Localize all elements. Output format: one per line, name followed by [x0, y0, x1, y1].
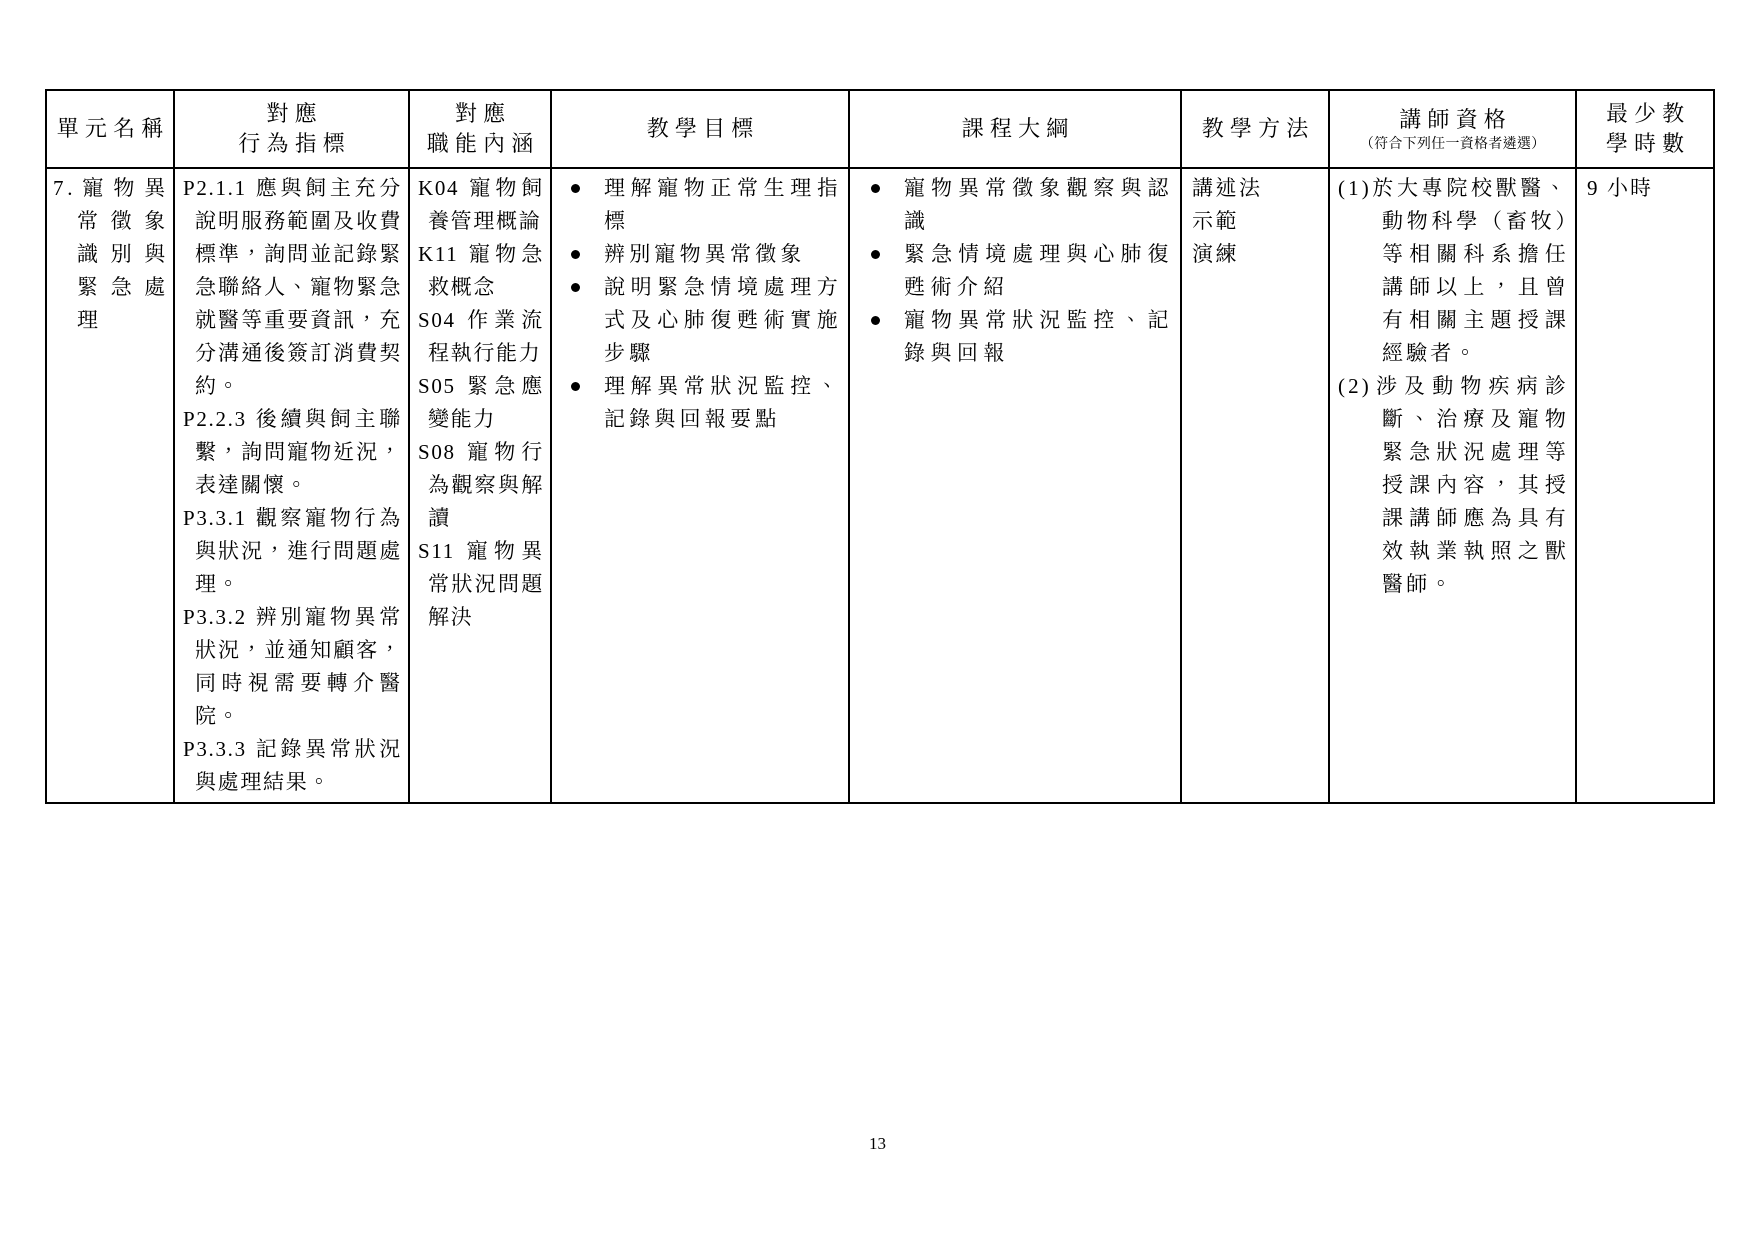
qualification-item: (2)涉及動物疾病診斷、治療及寵物緊急狀況處理等授課內容，其授課講師應為具有效執…: [1338, 370, 1569, 601]
header-label: 學時數: [1577, 129, 1713, 159]
behavior-paragraph: P2.1.1 應與飼主充分說明服務範圍及收費標準，詢問並記錄緊急聯絡人、寵物緊急…: [183, 172, 402, 403]
objective-text: 辨別寵物異常徵象: [604, 242, 806, 266]
qualification-text: 於大專院校獸醫、動物科學（畜牧）等相關科系擔任講師以上，且曾有相關主題授課經驗者…: [1372, 176, 1569, 365]
method-line: 示範: [1192, 205, 1322, 238]
behavior-paragraph: P3.3.2 辨別寵物異常狀況，並通知顧客，同時視需要轉介醫院。: [183, 601, 402, 733]
hours-text: 9 小時: [1587, 172, 1707, 205]
objective-text: 理解寵物正常生理指標: [604, 176, 842, 233]
outline-text: 緊急情境處理與心肺復甦術介紹: [904, 242, 1174, 299]
col-header-competency: 對應 職能內涵: [409, 90, 551, 168]
method-line: 演練: [1192, 238, 1322, 271]
bullet-dot-icon: [571, 250, 580, 259]
bullet-dot-icon: [571, 283, 580, 292]
header-label: 對應: [175, 99, 408, 129]
objective-text: 說明緊急情境處理方式及心肺復甦術實施步驟: [604, 275, 842, 365]
outline-item: 寵物異常狀況監控、記錄與回報: [862, 304, 1174, 370]
table-row: 7.寵物異常徵象識別與緊急處理 P2.1.1 應與飼主充分說明服務範圍及收費標準…: [46, 168, 1714, 803]
competency-item: K04 寵物飼養管理概論: [418, 172, 544, 238]
header-label: 教學方法: [1202, 116, 1315, 141]
competency-item: S05 緊急應變能力: [418, 370, 544, 436]
header-label: 單元名稱: [57, 116, 170, 141]
cell-methods: 講述法 示範 演練: [1181, 168, 1329, 803]
qualification-note: （符合下列任一資格者遴選）: [1330, 136, 1575, 154]
outline-text: 寵物異常徵象觀察與認識: [904, 176, 1174, 233]
page-number: 13: [0, 1133, 1755, 1155]
col-header-methods: 教學方法: [1181, 90, 1329, 168]
objective-item: 辨別寵物異常徵象: [562, 238, 842, 271]
behavior-paragraph: P2.2.3 後續與飼主聯繫，詢問寵物近況，表達關懷。: [183, 403, 402, 502]
outline-item: 寵物異常徵象觀察與認識: [862, 172, 1174, 238]
col-header-behavior-indicators: 對應 行為指標: [174, 90, 409, 168]
header-label: 講師資格: [1330, 105, 1575, 135]
col-header-hours: 最少教 學時數: [1576, 90, 1714, 168]
qualification-item: (1)於大專院校獸醫、動物科學（畜牧）等相關科系擔任講師以上，且曾有相關主題授課…: [1338, 172, 1569, 370]
objective-item: 說明緊急情境處理方式及心肺復甦術實施步驟: [562, 271, 842, 370]
cell-hours: 9 小時: [1576, 168, 1714, 803]
cell-qualification: (1)於大專院校獸醫、動物科學（畜牧）等相關科系擔任講師以上，且曾有相關主題授課…: [1329, 168, 1576, 803]
competency-item: K11 寵物急救概念: [418, 238, 544, 304]
bullet-dot-icon: [871, 316, 880, 325]
outline-text: 寵物異常狀況監控、記錄與回報: [904, 308, 1174, 365]
objective-item: 理解寵物正常生理指標: [562, 172, 842, 238]
cell-outline: 寵物異常徵象觀察與認識 緊急情境處理與心肺復甦術介紹 寵物異常狀況監控、記錄與回…: [849, 168, 1181, 803]
bullet-dot-icon: [871, 250, 880, 259]
competency-item: S08 寵物行為觀察與解讀: [418, 436, 544, 535]
competency-item: S11 寵物異常狀況問題解決: [418, 535, 544, 634]
behavior-paragraph: P3.3.1 觀察寵物行為與狀況，進行問題處理。: [183, 502, 402, 601]
objective-item: 理解異常狀況監控、記錄與回報要點: [562, 370, 842, 436]
bullet-dot-icon: [571, 382, 580, 391]
bullet-dot-icon: [871, 184, 880, 193]
cell-unit-name: 7.寵物異常徵象識別與緊急處理: [46, 168, 174, 803]
col-header-unit-name: 單元名稱: [46, 90, 174, 168]
header-label: 課程大綱: [962, 116, 1075, 141]
cell-objectives: 理解寵物正常生理指標 辨別寵物異常徵象 說明緊急情境處理方式及心肺復甦術實施步驟…: [551, 168, 849, 803]
unit-name-text: 7.寵物異常徵象識別與緊急處理: [53, 172, 169, 337]
bullet-dot-icon: [571, 184, 580, 193]
cell-behavior-indicators: P2.1.1 應與飼主充分說明服務範圍及收費標準，詢問並記錄緊急聯絡人、寵物緊急…: [174, 168, 409, 803]
header-row: 單元名稱 對應 行為指標 對應 職能內涵 教學目標 課程大綱 教學方法: [46, 90, 1714, 168]
outline-item: 緊急情境處理與心肺復甦術介紹: [862, 238, 1174, 304]
objective-text: 理解異常狀況監控、記錄與回報要點: [604, 374, 842, 431]
col-header-objectives: 教學目標: [551, 90, 849, 168]
header-label: 行為指標: [175, 129, 408, 159]
header-label: 對應: [410, 99, 550, 129]
behavior-paragraph: P3.3.3 記錄異常狀況與處理結果。: [183, 733, 402, 799]
col-header-qualification: 講師資格 （符合下列任一資格者遴選）: [1329, 90, 1576, 168]
method-line: 講述法: [1192, 172, 1322, 205]
qualification-marker: (2): [1338, 374, 1372, 398]
competency-item: S04 作業流程執行能力: [418, 304, 544, 370]
header-label: 最少教: [1577, 99, 1713, 129]
header-label: 職能內涵: [410, 129, 550, 159]
qualification-text: 涉及動物疾病診斷、治療及寵物緊急狀況處理等授課內容，其授課講師應為具有效執業執照…: [1372, 374, 1569, 596]
curriculum-table: 單元名稱 對應 行為指標 對應 職能內涵 教學目標 課程大綱 教學方法: [45, 89, 1715, 804]
cell-competency: K04 寵物飼養管理概論 K11 寵物急救概念 S04 作業流程執行能力 S05…: [409, 168, 551, 803]
col-header-outline: 課程大綱: [849, 90, 1181, 168]
header-label: 教學目標: [647, 116, 760, 141]
qualification-marker: (1): [1338, 176, 1372, 200]
document-page: 單元名稱 對應 行為指標 對應 職能內涵 教學目標 課程大綱 教學方法: [0, 0, 1755, 1240]
